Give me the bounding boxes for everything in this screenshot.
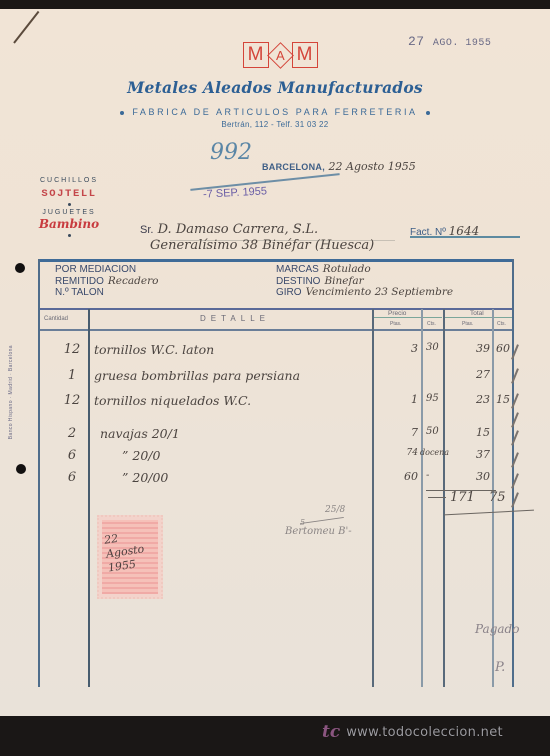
table-row: 6 ” 20/0 74 docena 37 xyxy=(40,448,512,466)
recipient-name: Sr. D. Damaso Carrera, S.L. xyxy=(140,222,318,237)
precio-subheader-line xyxy=(373,317,442,318)
row-price-pts: 3 xyxy=(378,342,418,355)
shipping-info-right: MARCASRotulado DESTINOBinefar GIROVencim… xyxy=(276,264,453,299)
table-row: 6 ” 20/00 60 - 30 xyxy=(40,470,512,488)
shipping-info-left: POR MEDIACION REMITIDORecadero N.º TALON xyxy=(55,264,158,299)
company-name: Metales Aleados Manufacturados xyxy=(100,78,450,97)
row-description: tornillos W.C. laton xyxy=(94,342,214,357)
por-mediacion-label: POR MEDIACION xyxy=(55,264,136,275)
row-description: tornillos niquelados W.C. xyxy=(94,393,251,408)
bullet-icon xyxy=(68,234,71,237)
logo-letter-m2: M xyxy=(292,42,318,68)
marcas-label: MARCAS xyxy=(276,264,319,275)
remitido-value: Recadero xyxy=(108,275,159,287)
row-price-cts: - xyxy=(426,470,429,481)
row-total-cts: 15 xyxy=(496,393,510,406)
table-row: 12 tornillos W.C. laton 3 30 39 60 xyxy=(40,342,512,360)
top-border xyxy=(0,0,550,9)
column-header-total-cts: Cts. xyxy=(497,321,506,327)
company-address: Bertrán, 112 - Telf. 31 03 22 xyxy=(200,120,350,129)
watermark: tc www.todocoleccion.net xyxy=(322,722,503,742)
cuchillos-brand: SOJTELL xyxy=(30,188,108,200)
logo-letter-m1: M xyxy=(243,42,269,68)
cantidad-column-divider xyxy=(88,309,90,687)
recipient-prefix: Sr. xyxy=(140,224,153,236)
received-day: 27 xyxy=(408,34,425,49)
pencil-note: Bertomeu B'- xyxy=(285,526,352,537)
column-header-precio-cts: Cts. xyxy=(427,321,436,327)
total-dash xyxy=(428,497,446,498)
row-price-cts: 95 xyxy=(426,393,439,404)
row-price-cts: 50 xyxy=(426,426,439,437)
row-total-pts: 39 xyxy=(450,342,490,355)
side-print: Banco Hispano · Madrid · Barcelona xyxy=(8,345,14,439)
destino-value: Binefar xyxy=(324,275,363,287)
juguetes-brand: Bambino xyxy=(30,217,108,231)
row-description: ” 20/0 xyxy=(122,448,160,463)
stamp-annotation: 22 Agosto 1955 xyxy=(103,527,160,576)
date: 22 Agosto 1955 xyxy=(329,160,416,173)
grand-total-cts: 75 xyxy=(489,490,506,505)
pencil-initial: P. xyxy=(495,660,505,675)
column-header-precio: Precio xyxy=(388,310,406,317)
city: BARCELONA, xyxy=(262,162,325,172)
row-total-pts: 27 xyxy=(450,368,490,381)
pencil-signature: Pagado xyxy=(475,622,519,636)
destino-label: DESTINO xyxy=(276,276,320,287)
row-total-pts: 30 xyxy=(450,470,490,483)
watermark-text: www.todocoleccion.net xyxy=(346,725,503,740)
row-price-pts: 74 xyxy=(378,448,418,458)
row-price-pts: 7 xyxy=(378,426,418,439)
marcas-value: Rotulado xyxy=(323,263,371,275)
total-column-divider xyxy=(443,309,445,687)
header-separator xyxy=(40,308,512,310)
total-subheader-line xyxy=(444,317,512,318)
pencil-fraction-top: 25/8 xyxy=(325,505,345,515)
talon-label: N.º TALON xyxy=(55,287,104,298)
row-quantity: 6 xyxy=(62,470,82,485)
brands-block: CUCHILLOS SOJTELL JUGUETES Bambino xyxy=(30,177,108,240)
column-header-cantidad: Cantidad xyxy=(44,316,68,322)
row-price-pts: 60 xyxy=(378,470,418,483)
cuchillos-label: CUCHILLOS xyxy=(30,177,108,184)
row-description: navajas 20/1 xyxy=(100,426,180,441)
row-price-cts: docena xyxy=(420,448,449,457)
precio-cts-divider xyxy=(421,309,423,687)
column-header-detalle: DETALLE xyxy=(200,314,270,323)
grand-total: 171 75 xyxy=(450,490,506,505)
row-quantity: 2 xyxy=(62,426,82,441)
logo-letter-a: A xyxy=(276,47,285,62)
bullet-icon xyxy=(120,111,124,115)
header-separator-bottom xyxy=(40,329,512,331)
table-top-border xyxy=(38,259,514,262)
fiscal-stamp: 22 Agosto 1955 xyxy=(97,515,163,599)
hole-punch xyxy=(15,263,25,273)
company-logo: M A M xyxy=(240,40,320,70)
grand-total-pts: 171 xyxy=(450,490,475,505)
stamp-image: 22 Agosto 1955 xyxy=(102,520,158,594)
precio-column-divider xyxy=(372,309,374,687)
column-header-total-pts: Ptas. xyxy=(462,321,473,327)
place-date: BARCELONA, 22 Agosto 1955 xyxy=(262,160,416,173)
giro-value: Vencimiento 23 Septiembre xyxy=(306,286,454,298)
company-tagline: FABRICA DE ARTICULOS PARA FERRETERIA xyxy=(80,107,470,117)
hole-punch xyxy=(16,464,26,474)
row-total-pts: 37 xyxy=(450,448,490,461)
column-header-total: Total xyxy=(470,310,484,317)
received-date-stamp: 27 AGO. 1955 xyxy=(408,34,491,49)
recipient-name-text: D. Damaso Carrera, S.L. xyxy=(158,222,319,237)
bullet-icon xyxy=(426,111,430,115)
handwritten-reference: 992 xyxy=(210,140,252,165)
received-month-year: AGO. 1955 xyxy=(433,38,492,49)
row-total-pts: 23 xyxy=(450,393,490,406)
row-price-cts: 30 xyxy=(426,342,439,353)
table-row: 12 tornillos niquelados W.C. 1 95 23 15 xyxy=(40,393,512,411)
giro-label: GIRO xyxy=(276,287,302,298)
juguetes-label: JUGUETES xyxy=(30,209,108,216)
row-price-pts: 1 xyxy=(378,393,418,406)
recipient-address: Generalísimo 38 Binéfar (Huesca) xyxy=(150,238,374,253)
logo-diamond: A xyxy=(267,42,294,69)
table-row: 1 gruesa bombrillas para persiana 27 xyxy=(40,368,512,386)
row-quantity: 12 xyxy=(62,393,82,408)
table-row: 2 navajas 20/1 7 50 15 xyxy=(40,426,512,444)
invoice-underline xyxy=(410,236,520,238)
row-description: gruesa bombrillas para persiana xyxy=(94,368,300,383)
row-total-cts: 60 xyxy=(496,342,510,355)
row-quantity: 6 xyxy=(62,448,82,463)
column-header-precio-pts: Ptas. xyxy=(390,321,401,327)
row-total-pts: 15 xyxy=(450,426,490,439)
row-quantity: 1 xyxy=(62,368,82,383)
row-description: ” 20/00 xyxy=(122,470,168,485)
watermark-logo-icon: tc xyxy=(322,722,340,742)
bullet-icon xyxy=(68,203,71,206)
row-quantity: 12 xyxy=(62,342,82,357)
remitido-label: REMITIDO xyxy=(55,276,104,287)
tagline-text: FABRICA DE ARTICULOS PARA FERRETERIA xyxy=(132,107,417,117)
